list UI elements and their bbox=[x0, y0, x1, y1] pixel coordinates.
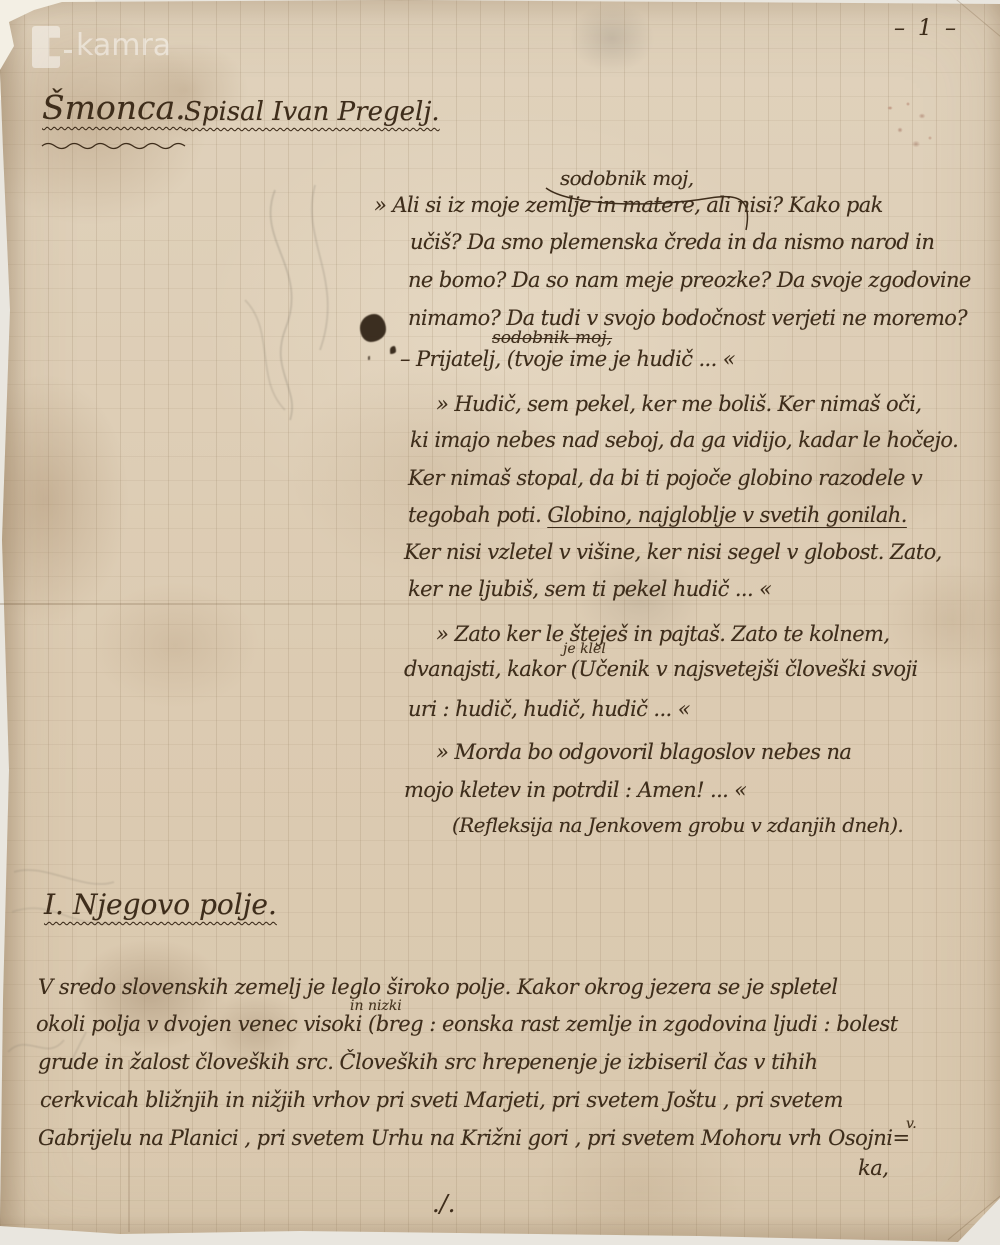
quote3-line3: uri : hudič, hudič, hudič ... « bbox=[408, 697, 690, 721]
quote1-insertion-struck: sodobnik moj, bbox=[492, 328, 612, 348]
paragraph-insertion2: v. bbox=[906, 1116, 917, 1132]
continuation-mark: ./. bbox=[432, 1190, 455, 1218]
pencil-scribble-marks bbox=[215, 180, 385, 430]
quote2-line4: tegobah poti. Globino, najgloblje v svet… bbox=[408, 503, 907, 527]
quote4-line2: mojo kletev in potrdil : Amen! ... « bbox=[404, 778, 747, 802]
quote1-line4: nimamo? Da tudi v svojo bodočnost verjet… bbox=[408, 306, 967, 330]
watermark-text: kamra bbox=[76, 28, 171, 63]
kamra-logo-dash bbox=[64, 50, 72, 53]
section-heading: I. Njegovo polje. bbox=[44, 888, 277, 921]
author-byline: Spisal Ivan Pregelj. bbox=[184, 97, 440, 127]
quote1-line1: » Ali si iz moje zemlje in matere, ali n… bbox=[374, 193, 883, 217]
quote2-line4-plain: tegobah poti. bbox=[408, 503, 547, 527]
red-stain-speckles bbox=[878, 96, 948, 154]
quote1-line2: učiš? Da smo plemenska čreda in da nismo… bbox=[410, 230, 934, 254]
kamra-logo-icon bbox=[32, 26, 60, 68]
quote2-line1: » Hudič, sem pekel, ker me boliš. Ker ni… bbox=[436, 392, 921, 416]
page-number: – 1 – bbox=[894, 16, 959, 41]
paragraph-line2: okoli polja v dvojen venec visoki (breg … bbox=[36, 1012, 898, 1036]
quote1-line3: ne bomo? Da so nam meje preozke? Da svoj… bbox=[408, 268, 971, 292]
paragraph-line1: V sredo slovenskih zemelj je leglo širok… bbox=[38, 975, 838, 999]
quote2-line5: Ker nisi vzletel v višine, ker nisi sege… bbox=[404, 540, 942, 564]
quote1-line5: – Prijatelj, (tvoje ime je hudič ... « bbox=[400, 347, 735, 371]
quote2-line4-underlined: Globino, najgloblje v svetih gonilah. bbox=[547, 503, 906, 527]
title-double-underline bbox=[40, 140, 190, 152]
manuscript-title: Šmonca. bbox=[42, 88, 186, 127]
paragraph-line5: Gabrijelu na Planici , pri svetem Urhu n… bbox=[38, 1126, 910, 1150]
quote2-line2: ki imajo nebes nad seboj, da ga vidijo, … bbox=[410, 428, 958, 452]
kamra-watermark: kamra bbox=[18, 10, 198, 80]
paragraph-line4: cerkvicah bližnjih in nižjih vrhov pri s… bbox=[40, 1088, 843, 1112]
quote4-line3: (Refleksija na Jenkovem grobu v zdanjih … bbox=[452, 813, 903, 837]
horizontal-fold-crease bbox=[0, 603, 1000, 605]
paragraph-line3: grude in žalost človeških src. Človeških… bbox=[38, 1050, 818, 1074]
quote2-line3: Ker nimaš stopal, da bi ti pojoče globin… bbox=[408, 466, 922, 490]
quote4-line1: » Morda bo odgovoril blagoslov nebes na bbox=[436, 740, 851, 764]
quote3-line2: dvanajsti, kakor (Učenik v najsvetejši č… bbox=[404, 657, 917, 681]
paragraph-line5-continuation: ka, bbox=[858, 1156, 888, 1180]
quote3-insertion: je klel bbox=[563, 641, 606, 657]
quote3-line1: » Zato ker le šteješ in pajtaš. Zato te … bbox=[436, 622, 889, 646]
quote2-line6: ker ne ljubiš, sem ti pekel hudič ... « bbox=[408, 577, 771, 601]
